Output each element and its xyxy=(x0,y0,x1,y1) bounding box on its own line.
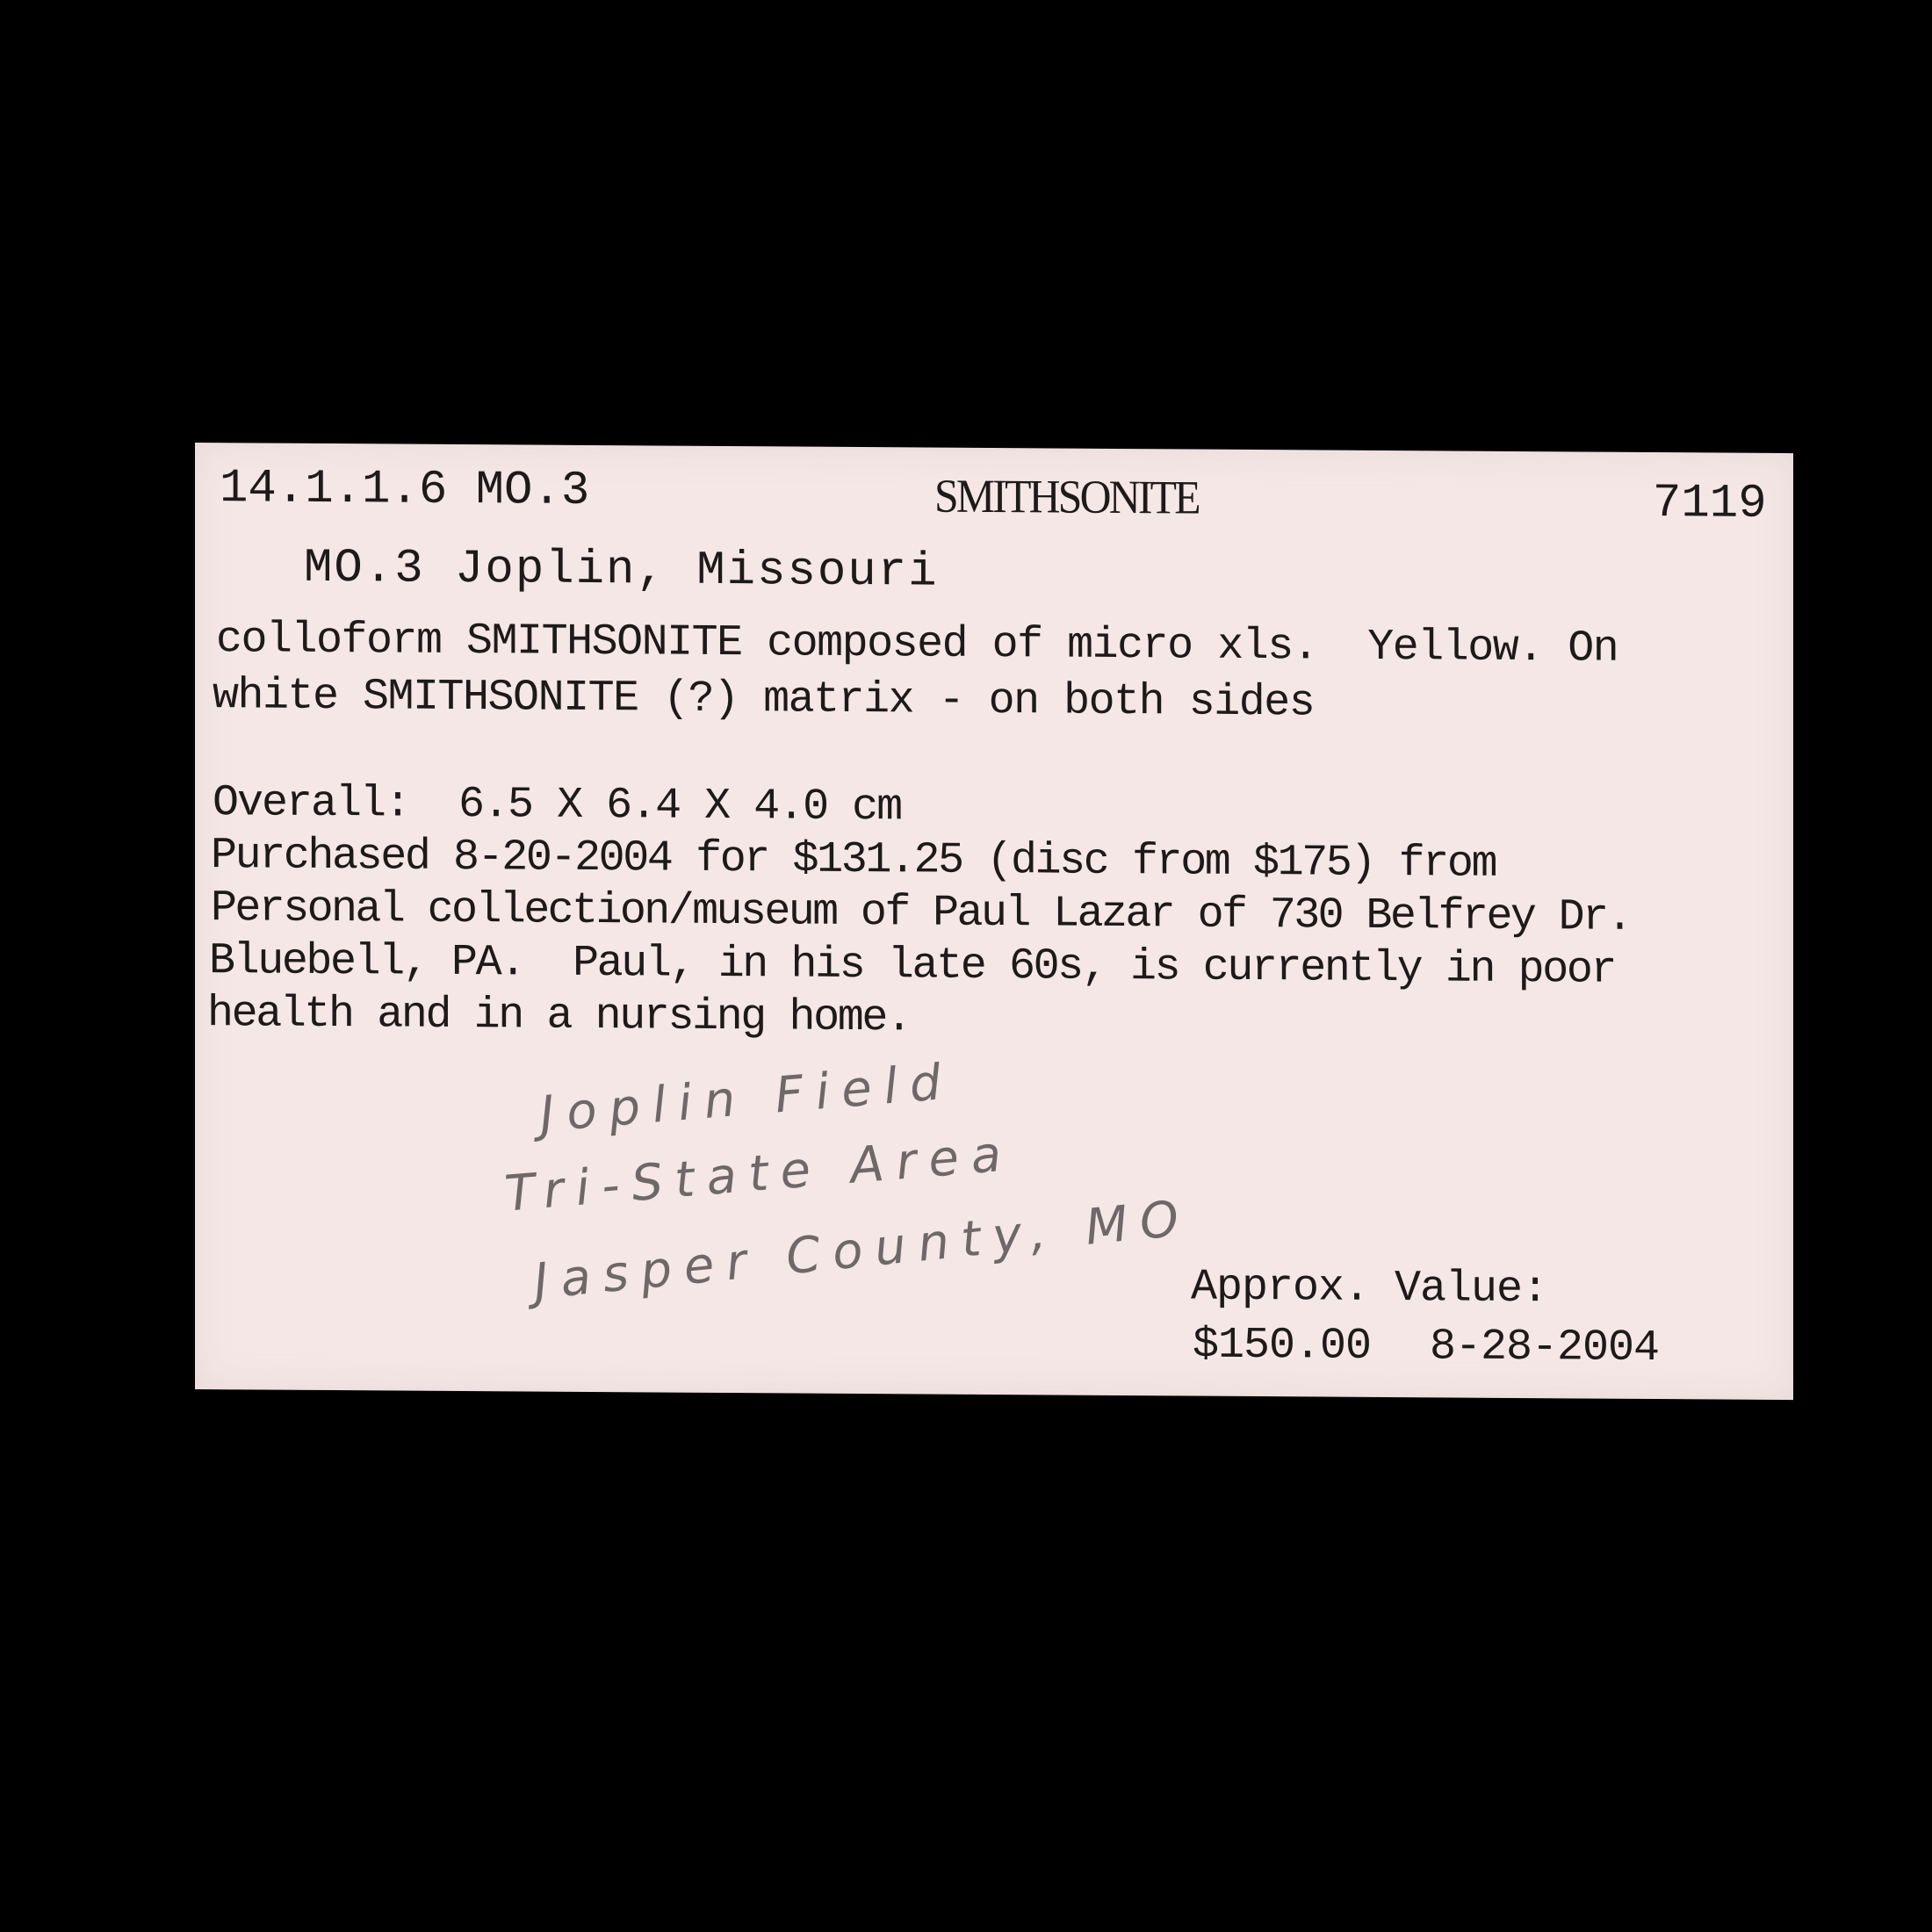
dimensions-line: Overall: 6.5 X 6.4 X 4.0 cm xyxy=(213,782,901,830)
specimen-label-card: 14.1.1.6 MO.3 SMITHSONITE 7119 MO.3 Jopl… xyxy=(195,443,1793,1400)
provenance-line: Bluebell, PA. Paul, in his late 60s, is … xyxy=(209,940,1615,993)
mineral-name-heading: SMITHSONITE xyxy=(934,472,1199,522)
approx-value-label: Approx. Value: xyxy=(1191,1266,1547,1313)
approx-value-date: 8-28-2004 xyxy=(1430,1325,1659,1371)
locality-line: MO.3 Joplin, Missouri xyxy=(304,545,939,597)
catalog-code: 14.1.1.6 MO.3 xyxy=(220,465,589,515)
specimen-number: 7119 xyxy=(1653,480,1767,529)
description-line: white SMITHSONITE (?) matrix - on both s… xyxy=(213,674,1314,725)
description-block: colloform SMITHSONITE composed of micro … xyxy=(195,443,1793,453)
details-block: Overall: 6.5 X 6.4 X 4.0 cm Purchased 8-… xyxy=(195,443,1793,453)
provenance-line: Personal collection/museum of Paul Lazar… xyxy=(211,887,1631,941)
purchase-line: Purchased 8-20-2004 for $131.25 (disc fr… xyxy=(211,834,1496,887)
approx-value-amount: $150.00 xyxy=(1193,1324,1371,1369)
description-line: colloform SMITHSONITE composed of micro … xyxy=(216,618,1618,672)
provenance-line: health and in a nursing home. xyxy=(207,992,911,1041)
handwritten-line: Joplin Field xyxy=(537,1053,955,1143)
approx-value-block: Approx. Value: $150.00 8-28-2004 xyxy=(195,443,1793,453)
handwritten-locality-notes: Joplin Field Tri-State Area Jasper Count… xyxy=(195,443,1793,453)
